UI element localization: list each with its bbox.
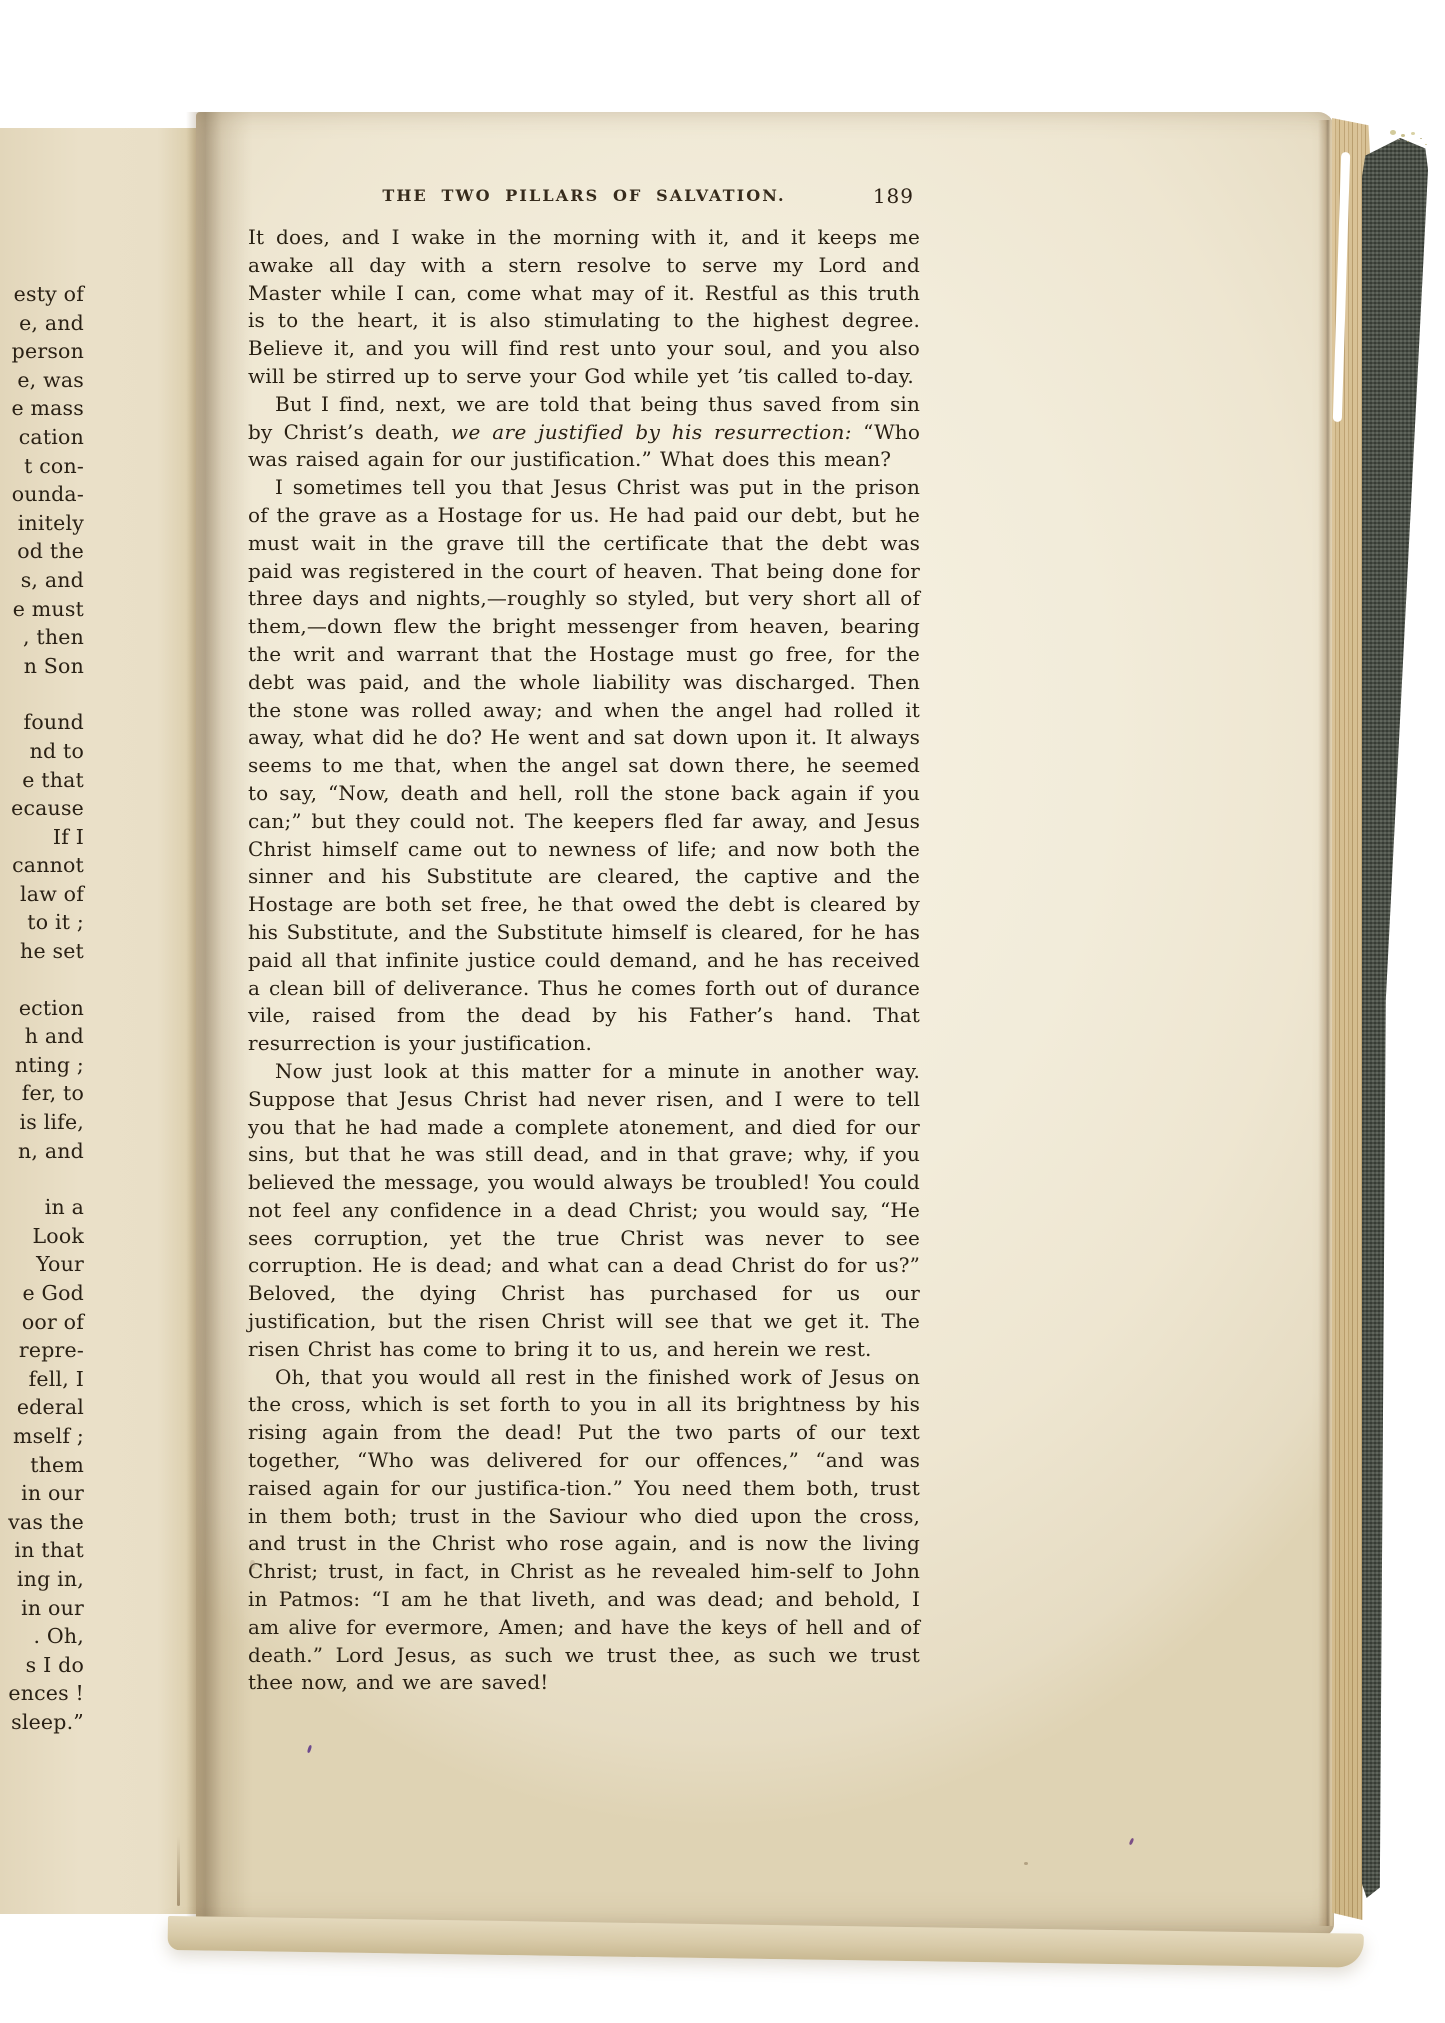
- fragment-line: cannot: [0, 851, 84, 880]
- page-content: THE TWO PILLARS OF SALVATION. 189 It doe…: [248, 186, 920, 1697]
- fragment-line: If I: [0, 823, 84, 852]
- fragment-line: ecause: [0, 794, 84, 823]
- fragment-line: vas the: [0, 1508, 84, 1537]
- fragment-line: e must: [0, 595, 84, 624]
- fragment-line: ing in,: [0, 1565, 84, 1594]
- text-block: It does, and I wake in the morning with …: [248, 224, 920, 1697]
- paper-speck: [598, 318, 602, 321]
- fragment-line: Look: [0, 1222, 84, 1251]
- paragraph-2: But I find, next, we are told that being…: [248, 391, 920, 474]
- fragment-line: nting ;: [0, 1051, 84, 1080]
- fragment-line: fer, to: [0, 1079, 84, 1108]
- fragment-line: cation: [0, 423, 84, 452]
- paragraph-4: Now just look at this matter for a minut…: [248, 1058, 920, 1364]
- fragment-line: in our: [0, 1479, 84, 1508]
- fragment-line: found: [0, 708, 84, 737]
- fragment-line: initely: [0, 509, 84, 538]
- running-header: THE TWO PILLARS OF SALVATION. 189: [248, 186, 920, 210]
- fragment-line: ounda-: [0, 480, 84, 509]
- fragment-line: e that: [0, 766, 84, 795]
- book-page: THE TWO PILLARS OF SALVATION. 189 It doe…: [196, 112, 1334, 1936]
- fragment-line: t con-: [0, 452, 84, 481]
- fragment-line: e, and: [0, 309, 84, 338]
- paper-speck: [250, 1560, 255, 1569]
- fragment-line: s I do: [0, 1651, 84, 1680]
- fragment-line: he set: [0, 937, 84, 966]
- fragment-line: esty of: [0, 280, 84, 309]
- fragment-group: esty ofe, andpersone, wase masscationt c…: [0, 280, 84, 680]
- fragment-line: od the: [0, 537, 84, 566]
- fragment-line: ences !: [0, 1679, 84, 1708]
- fragment-line: e God: [0, 1279, 84, 1308]
- fragment-line: them: [0, 1451, 84, 1480]
- fragment-line: Your: [0, 1250, 84, 1279]
- fragment-line: to it ;: [0, 908, 84, 937]
- fragment-line: in our: [0, 1594, 84, 1623]
- fragment-line: s, and: [0, 566, 84, 595]
- paragraph-5: Oh, that you would all rest in the finis…: [248, 1364, 920, 1698]
- frayed-cloth-threads: [1390, 130, 1396, 135]
- fragment-line: e mass: [0, 394, 84, 423]
- fragment-line: law of: [0, 880, 84, 909]
- paper-speck: [430, 1180, 433, 1183]
- fragment-group: foundnd toe thatecauseIf Icannotlaw ofto…: [0, 708, 84, 965]
- fragment-line: ection: [0, 994, 84, 1023]
- fragment-line: fell, I: [0, 1365, 84, 1394]
- fragment-line: repre-: [0, 1336, 84, 1365]
- fragment-line: sleep.”: [0, 1708, 84, 1737]
- fragment-line: . Oh,: [0, 1622, 84, 1651]
- fragment-line: is life,: [0, 1108, 84, 1137]
- fragment-line: n Son: [0, 652, 84, 681]
- fragment-line: ederal: [0, 1393, 84, 1422]
- paper-speck: [1024, 1862, 1028, 1865]
- page-number: 189: [873, 184, 914, 208]
- fragment-line: n, and: [0, 1137, 84, 1166]
- fragment-line: h and: [0, 1022, 84, 1051]
- running-header-title: THE TWO PILLARS OF SALVATION.: [248, 186, 920, 205]
- facing-page: esty ofe, andpersone, wase masscationt c…: [0, 128, 202, 1914]
- paragraph-3: I sometimes tell you that Jesus Christ w…: [248, 474, 920, 1058]
- fragment-line: nd to: [0, 737, 84, 766]
- paragraph-1: It does, and I wake in the morning with …: [248, 224, 920, 391]
- fragment-line: person: [0, 337, 84, 366]
- fragment-group: in aLookYoure Godoor ofrepre-fell, Ieder…: [0, 1193, 84, 1736]
- fragment-line: in that: [0, 1536, 84, 1565]
- fragment-line: in a: [0, 1193, 84, 1222]
- paragraph-2-italic-phrase: we are justified by his resurrection:: [451, 420, 852, 444]
- fragment-line: mself ;: [0, 1422, 84, 1451]
- photo-background: esty ofe, andpersone, wase masscationt c…: [0, 0, 1445, 2023]
- fragment-line: , then: [0, 623, 84, 652]
- fragment-line: e, was: [0, 366, 84, 395]
- fragment-line: oor of: [0, 1308, 84, 1337]
- fragment-group: ectionh andnting ;fer, tois life,n, and: [0, 994, 84, 1166]
- book-cover-edge: [1362, 138, 1428, 1898]
- facing-page-text-column: esty ofe, andpersone, wase masscationt c…: [0, 280, 84, 1765]
- facing-page-fold-crease: [177, 1836, 180, 1906]
